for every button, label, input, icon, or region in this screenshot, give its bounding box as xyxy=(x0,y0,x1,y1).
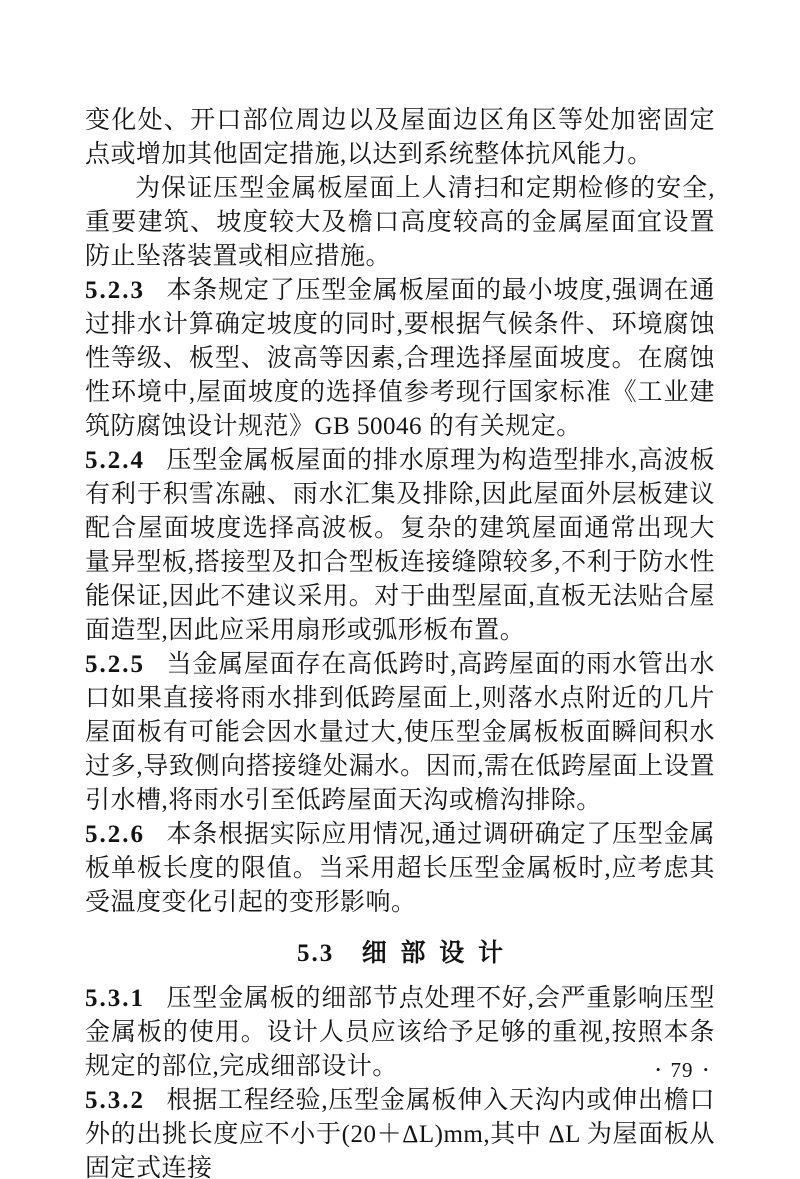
clause-number: 5.2.3 xyxy=(85,277,145,304)
section-heading-title: 细部设计 xyxy=(362,940,517,967)
paragraph-continuation: 变化处、开口部位周边以及屋面边区角区等处加密固定点或增加其他固定措施,以达到系统… xyxy=(85,104,715,172)
clause-text: 根据工程经验,压型金属板伸入天沟内或伸出檐口外的出挑长度应不小于(20＋ΔL)m… xyxy=(85,1087,715,1179)
clause-number: 5.3.1 xyxy=(85,985,145,1012)
clause-text: 本条规定了压型金属板屋面的最小坡度,强调在通过排水计算确定坡度的同时,要根据气候… xyxy=(85,277,715,440)
page-number: • 79 • xyxy=(656,1058,708,1082)
clause-text: 压型金属板屋面的排水原理为构造型排水,高波板有利于积雪冻融、雨水汇集及排除,因此… xyxy=(85,447,715,644)
paragraph-safety: 为保证压型金属板屋面上人清扫和定期检修的安全,重要建筑、坡度较大及檐口高度较高的… xyxy=(85,172,715,274)
section-heading: 5.3细部设计 xyxy=(85,936,715,972)
clause-5-2-4: 5.2.4压型金属板屋面的排水原理为构造型排水,高波板有利于积雪冻融、雨水汇集及… xyxy=(85,444,715,648)
clause-text: 本条根据实际应用情况,通过调研确定了压型金属板单板长度的限值。当采用超长压型金属… xyxy=(85,821,715,916)
clause-5-3-2: 5.3.2根据工程经验,压型金属板伸入天沟内或伸出檐口外的出挑长度应不小于(20… xyxy=(85,1084,715,1179)
footer-page-number: 79 xyxy=(670,1058,693,1082)
clause-5-2-5: 5.2.5当金属屋面存在高低跨时,高跨屋面的雨水管出水口如果直接将雨水排到低跨屋… xyxy=(85,648,715,818)
clause-number: 5.2.4 xyxy=(85,447,145,474)
clause-text: 当金属屋面存在高低跨时,高跨屋面的雨水管出水口如果直接将雨水排到低跨屋面上,则落… xyxy=(85,651,715,814)
clause-number: 5.2.6 xyxy=(85,821,145,848)
clause-5-2-6: 5.2.6本条根据实际应用情况,通过调研确定了压型金属板单板长度的限值。当采用超… xyxy=(85,818,715,920)
clause-5-2-3: 5.2.3本条规定了压型金属板屋面的最小坡度,强调在通过排水计算确定坡度的同时,… xyxy=(85,274,715,444)
clause-text: 压型金属板的细部节点处理不好,会严重影响压型金属板的使用。设计人员应该给予足够的… xyxy=(85,985,715,1080)
section-heading-number: 5.3 xyxy=(297,940,334,967)
document-page: 变化处、开口部位周边以及屋面边区角区等处加密固定点或增加其他固定措施,以达到系统… xyxy=(0,0,800,1179)
clause-5-3-1: 5.3.1压型金属板的细部节点处理不好,会严重影响压型金属板的使用。设计人员应该… xyxy=(85,982,715,1084)
clause-number: 5.3.2 xyxy=(85,1087,145,1114)
footer-right-dot: • xyxy=(703,1058,708,1082)
footer-left-dot: • xyxy=(656,1058,661,1082)
clause-number: 5.2.5 xyxy=(85,651,145,678)
